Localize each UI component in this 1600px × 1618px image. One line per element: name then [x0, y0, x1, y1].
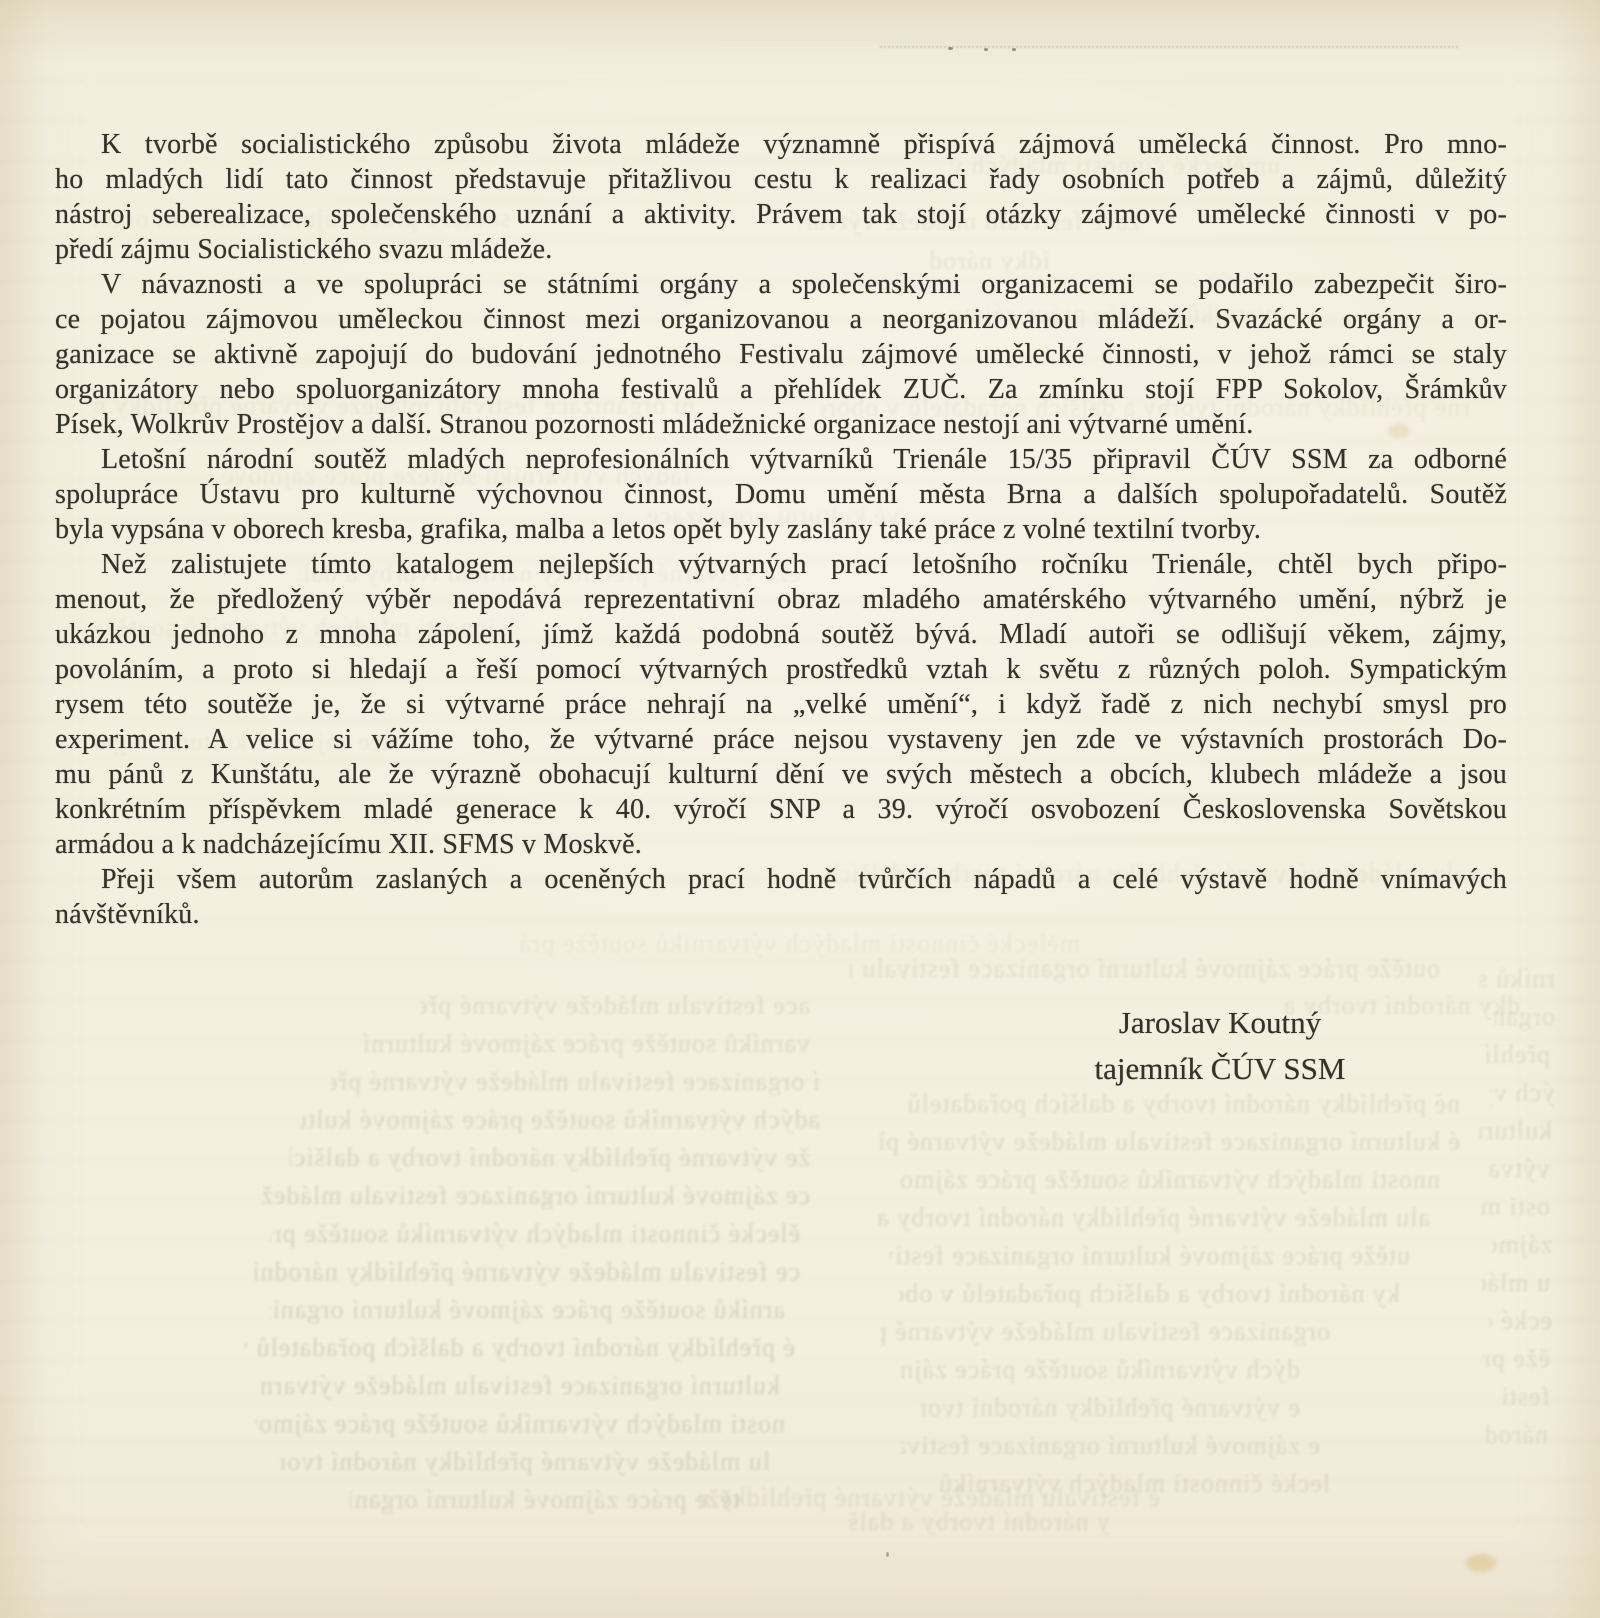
scratch-line-artifact — [880, 46, 1458, 48]
signature-block: Jaroslav Koutný tajemník ČÚV SSM — [1020, 1000, 1420, 1092]
ink-speck — [886, 1552, 889, 1557]
body-text: K tvorbě socialistického způsobu života … — [55, 127, 1507, 932]
text-line: mu pánů z Kunštátu, ale že výrazně oboha… — [55, 757, 1507, 792]
ink-speck — [948, 47, 953, 50]
text-line: byla vypsána v oborech kresba, grafika, … — [55, 512, 1507, 547]
text-line: Letošní národní soutěž mladých neprofesi… — [55, 442, 1507, 477]
paragraph: Než zalistujete tímto katalogem nejlepší… — [55, 547, 1507, 862]
text-line: povoláním, a proto si hledají a řeší pom… — [55, 652, 1507, 687]
text-line: rysem této soutěže je, že si výtvarné pr… — [55, 687, 1507, 722]
text-line: Písek, Wolkrův Prostějov a další. Strano… — [55, 407, 1507, 442]
text-line: menout, že předložený výběr nepodává rep… — [55, 582, 1507, 617]
text-line: K tvorbě socialistického způsobu života … — [55, 127, 1507, 162]
text-line: ukázkou jednoho z mnoha zápolení, jímž k… — [55, 617, 1507, 652]
text-line: organizátory nebo spoluorganizátory mnoh… — [55, 372, 1507, 407]
text-line: armádou a k nadcházejícímu XII. SFMS v M… — [55, 827, 1507, 862]
paragraph: Letošní národní soutěž mladých neprofesi… — [55, 442, 1507, 547]
text-line: Než zalistujete tímto katalogem nejlepší… — [55, 547, 1507, 582]
signature-title: tajemník ČÚV SSM — [1020, 1046, 1420, 1092]
text-line: konkrétním příspěvkem mladé generace k 4… — [55, 792, 1507, 827]
paragraph: K tvorbě socialistického způsobu života … — [55, 127, 1507, 267]
text-line: experiment. A velice si vážíme toho, že … — [55, 722, 1507, 757]
paragraph: V návaznosti a ve spolupráci se státními… — [55, 267, 1507, 442]
ink-speck — [1012, 48, 1016, 51]
text-line: Přeji všem autorům zaslaných a oceněných… — [55, 862, 1507, 897]
text-line: návštěvníků. — [55, 897, 1507, 932]
text-line: předí zájmu Socialistického svazu mládež… — [55, 232, 1507, 267]
paper-stain — [1466, 1554, 1496, 1572]
text-line: ganizace se aktivně zapojují do budování… — [55, 337, 1507, 372]
text-line: ce pojatou zájmovou uměleckou činnost me… — [55, 302, 1507, 337]
text-line: V návaznosti a ve spolupráci se státními… — [55, 267, 1507, 302]
text-line: ho mladých lidí tato činnost představuje… — [55, 162, 1507, 197]
text-line: spolupráce Ústavu pro kulturně výchovnou… — [55, 477, 1507, 512]
paragraph: Přeji všem autorům zaslaných a oceněných… — [55, 862, 1507, 932]
signature-name: Jaroslav Koutný — [1020, 1000, 1420, 1046]
text-line: nástroj seberealizace, společenského uzn… — [55, 197, 1507, 232]
ink-speck — [984, 48, 988, 51]
